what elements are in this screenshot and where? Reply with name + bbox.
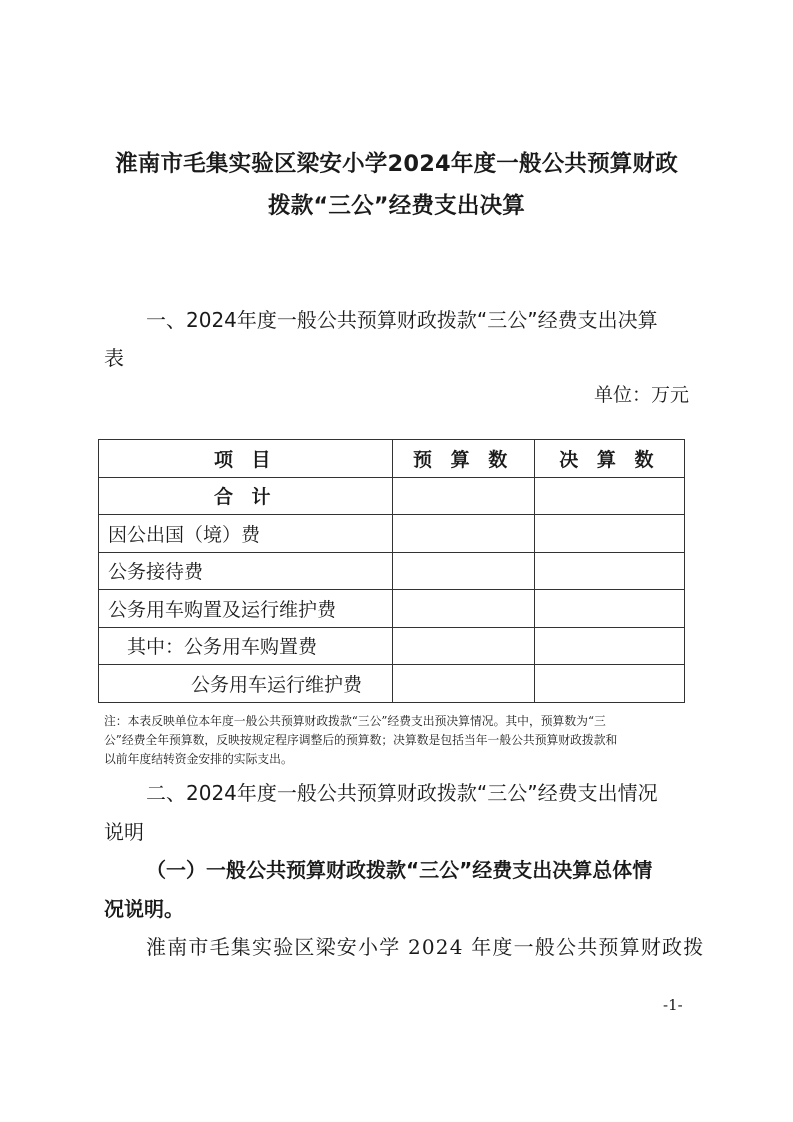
- row-budget: [392, 590, 534, 628]
- page-number: -1-: [663, 996, 683, 1014]
- row-final: [534, 627, 684, 665]
- row-budget: [392, 665, 534, 703]
- row-budget: [392, 477, 534, 515]
- table-row: 公务用车运行维护费: [99, 665, 685, 703]
- subsection-1-heading: （一）一般公共预算财政拨款“三公”经费支出决算总体情: [146, 854, 652, 883]
- document-title-line-1: 淮南市毛集实验区梁安小学2024年度一般公共预算财政: [0, 146, 793, 178]
- note-line-1: 注：本表反映单位本年度一般公共预算财政拨款“三公”经费支出预决算情况。其中，预算…: [104, 712, 694, 731]
- table-row: 公务用车购置及运行维护费: [99, 590, 685, 628]
- subsection-1-heading-continued: 况说明。: [104, 893, 184, 922]
- row-final: [534, 590, 684, 628]
- row-item: 公务用车运行维护费: [99, 665, 393, 703]
- row-item: 因公出国（境）费: [99, 515, 393, 553]
- section-2-heading: 二、2024年度一般公共预算财政拨款“三公”经费支出情况: [146, 777, 658, 806]
- row-final: [534, 515, 684, 553]
- header-budget: 预 算 数: [392, 440, 534, 478]
- header-item: 项 目: [99, 440, 393, 478]
- table-row: 公务接待费: [99, 552, 685, 590]
- table-note: 注：本表反映单位本年度一般公共预算财政拨款“三公”经费支出预决算情况。其中，预算…: [104, 712, 694, 769]
- section-1-heading: 一、2024年度一般公共预算财政拨款“三公”经费支出决算: [146, 304, 658, 333]
- table-row: 因公出国（境）费: [99, 515, 685, 553]
- row-budget: [392, 552, 534, 590]
- row-item: 其中：公务用车购置费: [99, 627, 393, 665]
- table-row: 其中：公务用车购置费: [99, 627, 685, 665]
- document-title-line-2: 拨款“三公”经费支出决算: [0, 188, 793, 220]
- row-item: 公务用车购置及运行维护费: [99, 590, 393, 628]
- note-line-3: 以前年度结转资金安排的实际支出。: [104, 750, 694, 769]
- section-1-heading-continued: 表: [104, 342, 124, 371]
- section-2-heading-continued: 说明: [104, 816, 144, 845]
- row-final: [534, 552, 684, 590]
- header-final: 决 算 数: [534, 440, 684, 478]
- row-budget: [392, 627, 534, 665]
- note-line-2: 公”经费全年预算数，反映按规定程序调整后的预算数；决算数是包括当年一般公共预算财…: [104, 731, 694, 750]
- three-public-expenses-table: 项 目 预 算 数 决 算 数 合 计 因公出国（境）费 公务接待费 公务用车购…: [98, 439, 685, 703]
- table-row-total: 合 计: [99, 477, 685, 515]
- body-paragraph: 淮南市毛集实验区梁安小学 2024 年度一般公共预算财政拨: [146, 931, 704, 960]
- row-final: [534, 665, 684, 703]
- row-final: [534, 477, 684, 515]
- row-item: 公务接待费: [99, 552, 393, 590]
- table-header-row: 项 目 预 算 数 决 算 数: [99, 440, 685, 478]
- unit-label: 单位：万元: [594, 380, 689, 407]
- row-item: 合 计: [99, 477, 393, 515]
- row-budget: [392, 515, 534, 553]
